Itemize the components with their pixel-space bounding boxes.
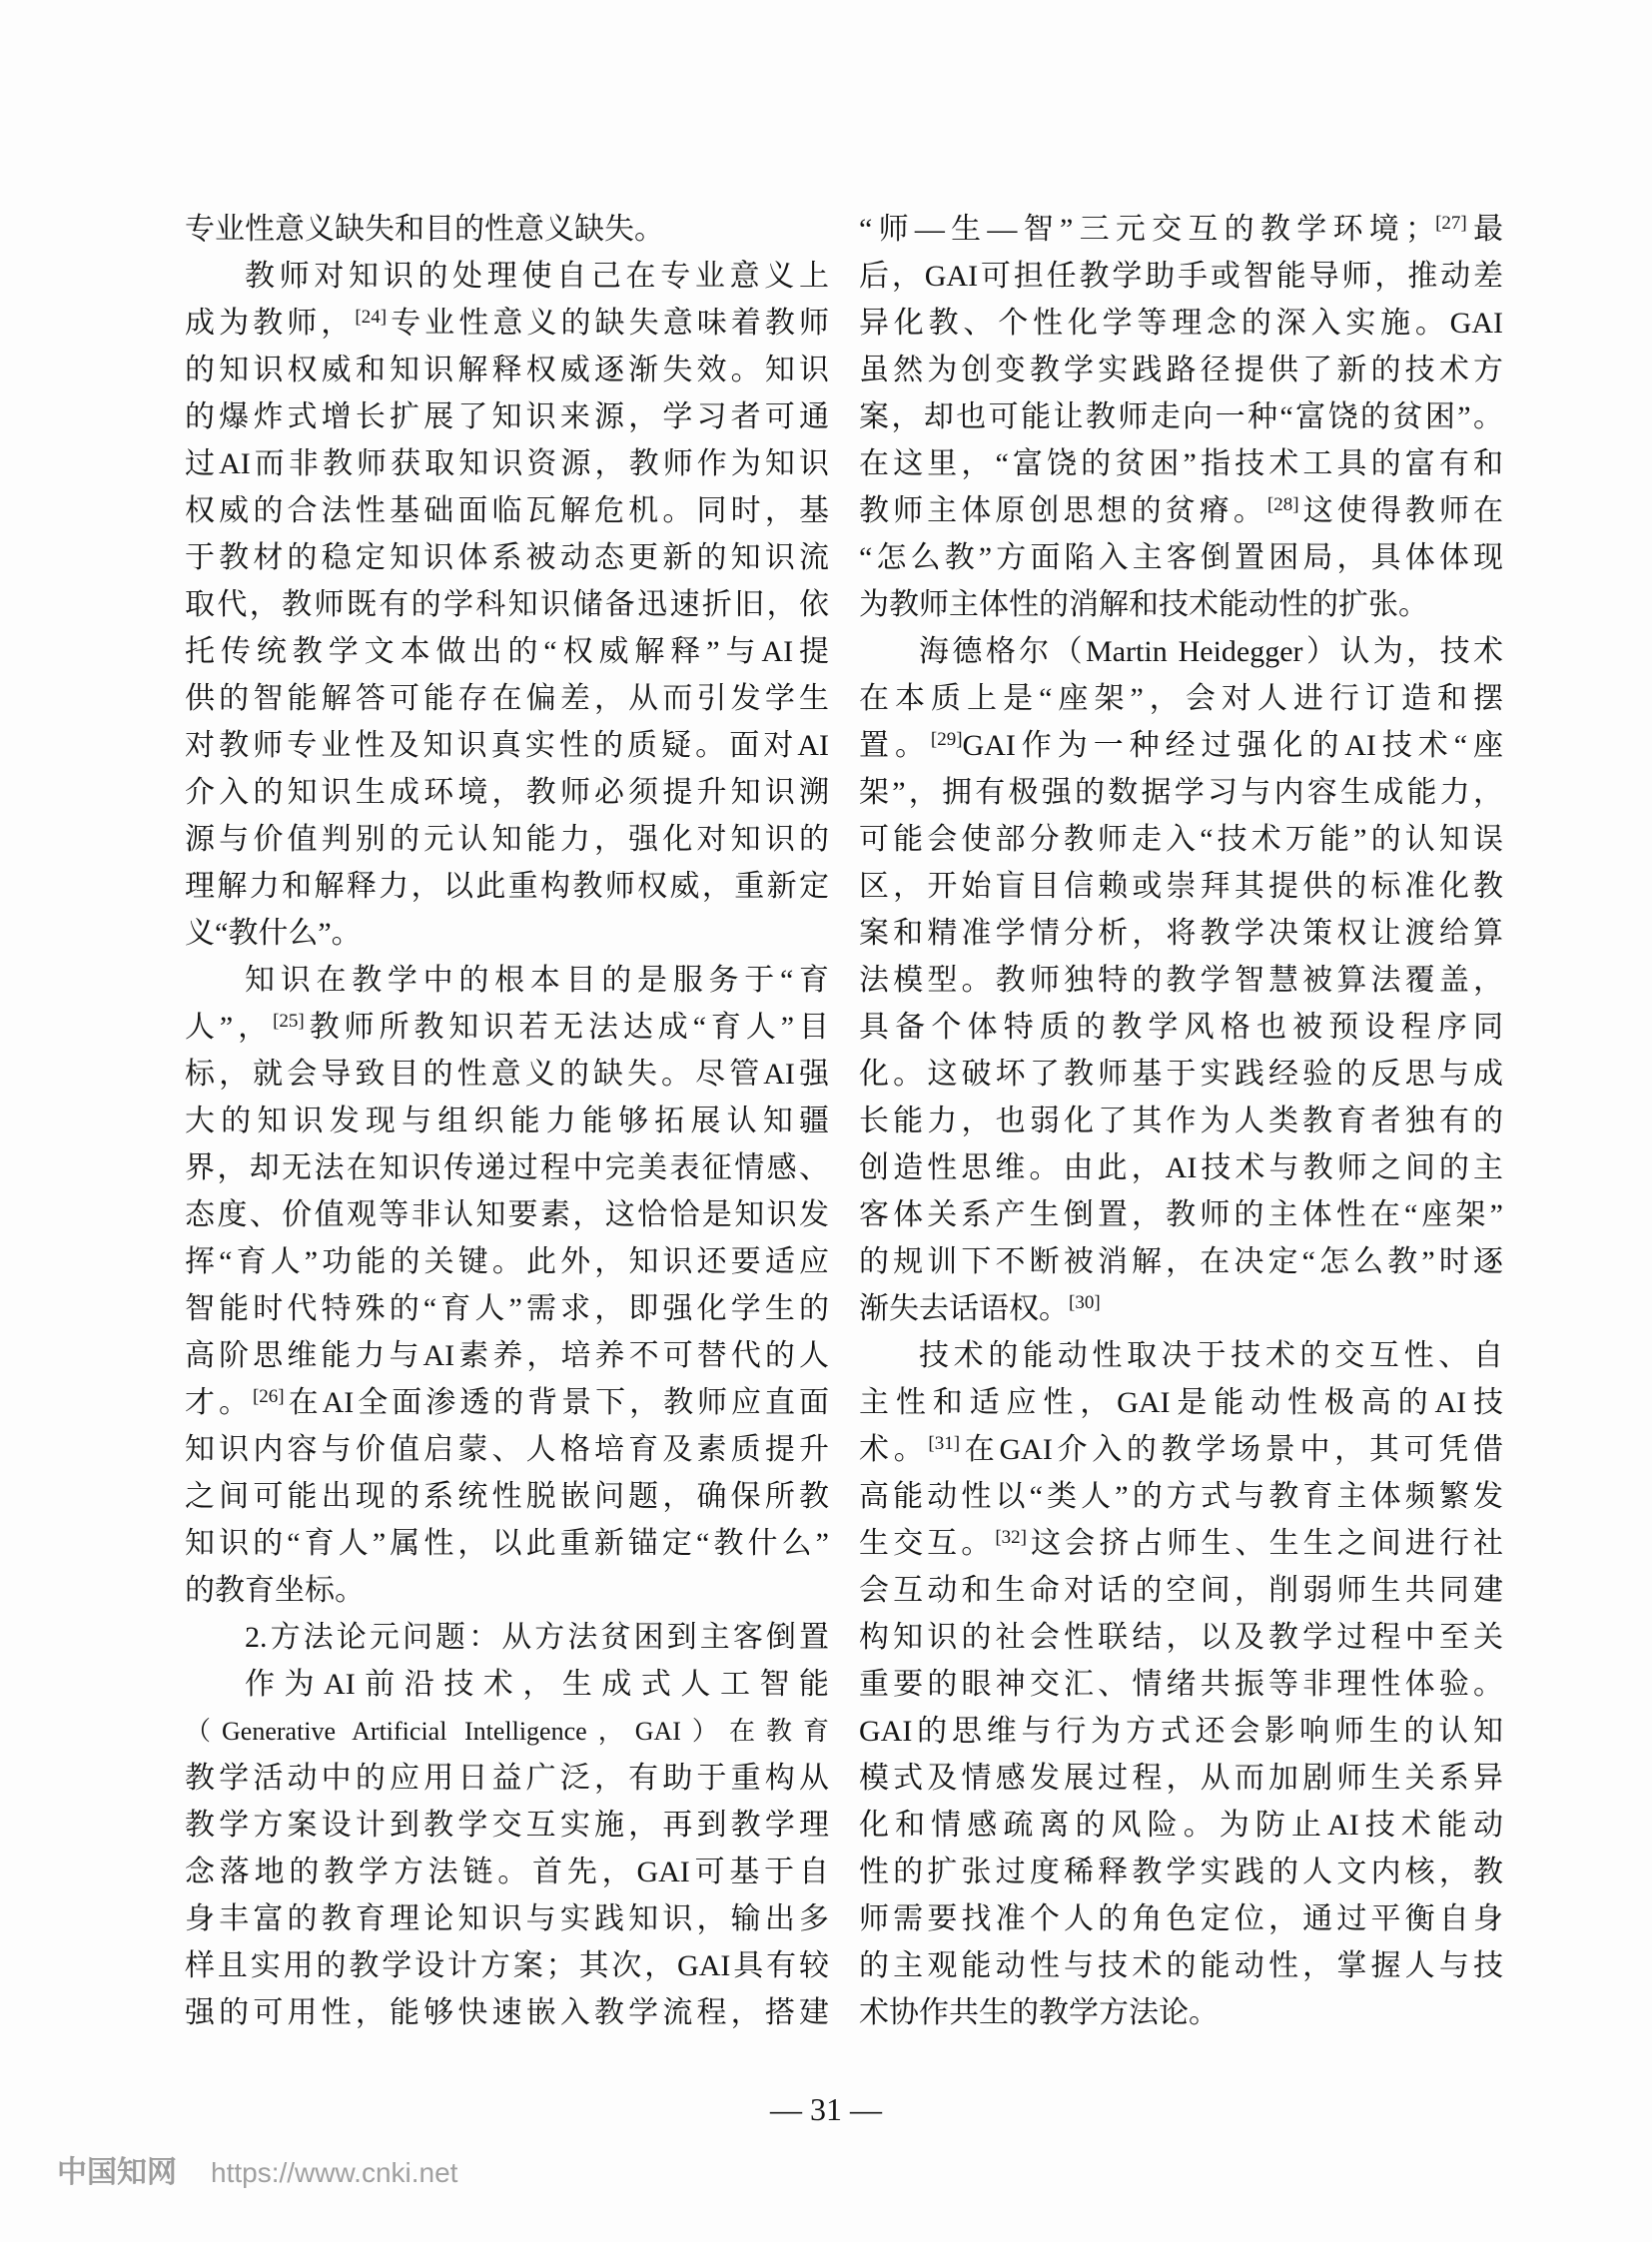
text-line: 海德格尔（Martin Heidegger）认为，技术	[859, 628, 1503, 675]
text-line: 模式及情感发展过程，从而加剧师生关系异	[859, 1755, 1503, 1802]
text-line: 区，开始盲目信赖或崇拜其提供的标准化教	[859, 863, 1503, 910]
text-line: 术协作共生的教学方法论。	[859, 1989, 1503, 2036]
text-line: 化和情感疏离的风险。为防止AI技术能动	[859, 1802, 1503, 1849]
text-line: 在这里，“富饶的贫困”指技术工具的富有和	[859, 440, 1503, 487]
text-line: 异化教、个性化学等理念的深入实施。GAI	[859, 300, 1503, 347]
text-line: 供的智能解答可能存在偏差，从而引发学生	[185, 675, 829, 722]
text-line: 介入的知识生成环境，教师必须提升知识溯	[185, 769, 829, 816]
text-line: 的爆炸式增长扩展了知识来源，学习者可通	[185, 393, 829, 440]
cnki-url: https://www.cnki.net	[211, 2157, 457, 2189]
text-line: 知识在教学中的根本目的是服务于“育	[185, 957, 829, 1004]
text-line: 权威的合法性基础面临瓦解危机。同时，基	[185, 487, 829, 534]
text-line: 才。[26]在AI全面渗透的背景下，教师应直面	[185, 1379, 829, 1426]
text-line: 念落地的教学方法链。首先，GAI可基于自	[185, 1849, 829, 1895]
document-page: 专业性意义缺失和目的性意义缺失。教师对知识的处理使自己在专业意义上成为教师，[2…	[0, 0, 1652, 2242]
text-line: 人”，[25]教师所教知识若无法达成“育人”目	[185, 1004, 829, 1051]
text-line: 样且实用的教学设计方案；其次，GAI具有较	[185, 1942, 829, 1989]
text-line: 会互动和生命对话的空间，削弱师生共同建	[859, 1567, 1503, 1614]
text-line: 理解力和解释力，以此重构教师权威，重新定	[185, 863, 829, 910]
cnki-watermark: 中国知网 https://www.cnki.net	[57, 2147, 457, 2191]
text-line: 作为AI前沿技术，生成式人工智能	[185, 1661, 829, 1708]
text-line: 高阶思维能力与AI素养，培养不可替代的人	[185, 1332, 829, 1379]
text-line: 的知识权威和知识解释权威逐渐失效。知识	[185, 347, 829, 393]
text-line: 案和精准学情分析，将教学决策权让渡给算	[859, 910, 1503, 957]
text-line: 为教师主体性的消解和技术能动性的扩张。	[859, 581, 1503, 628]
text-line: 之间可能出现的系统性脱嵌问题，确保所教	[185, 1473, 829, 1520]
left-column: 专业性意义缺失和目的性意义缺失。教师对知识的处理使自己在专业意义上成为教师，[2…	[185, 206, 829, 2036]
text-line: 源与价值判别的元认知能力，强化对知识的	[185, 816, 829, 863]
text-line: 渐失去话语权。[30]	[859, 1285, 1503, 1332]
text-line: 在本质上是“座架”，会对人进行订造和摆	[859, 675, 1503, 722]
text-line: 智能时代特殊的“育人”需求，即强化学生的	[185, 1285, 829, 1332]
text-line: 的主观能动性与技术的能动性，掌握人与技	[859, 1942, 1503, 1989]
text-line: 法模型。教师独特的教学智慧被算法覆盖，	[859, 957, 1503, 1004]
text-line: 界，却无法在知识传递过程中完美表征情感、	[185, 1144, 829, 1191]
text-line: 身丰富的教育理论知识与实践知识，输出多	[185, 1895, 829, 1942]
text-line: 生交互。[32]这会挤占师生、生生之间进行社	[859, 1520, 1503, 1567]
cnki-site-name: 中国知网	[57, 2147, 177, 2191]
text-line: 知识内容与价值启蒙、人格培育及素质提升	[185, 1426, 829, 1473]
text-line: 大的知识发现与组织能力能够拓展认知疆	[185, 1098, 829, 1144]
text-line: 主性和适应性，GAI是能动性极高的AI技	[859, 1379, 1503, 1426]
text-line: 后，GAI可担任教学助手或智能导师，推动差	[859, 253, 1503, 300]
text-line: 2.方法论元问题：从方法贫困到主客倒置	[185, 1614, 829, 1661]
text-line: 成为教师，[24]专业性意义的缺失意味着教师	[185, 300, 829, 347]
text-line: 客体关系产生倒置，教师的主体性在“座架”	[859, 1191, 1503, 1238]
text-line: 对教师专业性及知识真实性的质疑。面对AI	[185, 722, 829, 769]
text-line: 创造性思维。由此，AI技术与教师之间的主	[859, 1144, 1503, 1191]
text-line: 化。这破坏了教师基于实践经验的反思与成	[859, 1051, 1503, 1098]
text-line: “怎么教”方面陷入主客倒置困局，具体体现	[859, 534, 1503, 581]
text-line: 托传统教学文本做出的“权威解释”与AI提	[185, 628, 829, 675]
text-line: 性的扩张过度稀释教学实践的人文内核，教	[859, 1849, 1503, 1895]
text-line: 案，却也可能让教师走向一种“富饶的贫困”。	[859, 393, 1503, 440]
text-line: 教师主体原创思想的贫瘠。[28]这使得教师在	[859, 487, 1503, 534]
text-line: 知识的“育人”属性，以此重新锚定“教什么”	[185, 1520, 829, 1567]
text-line: 具备个体特质的教学风格也被预设程序同	[859, 1004, 1503, 1051]
right-column: “师—生—智”三元交互的教学环境；[27]最后，GAI可担任教学助手或智能导师，…	[859, 206, 1503, 2036]
text-line: 师需要找准个人的角色定位，通过平衡自身	[859, 1895, 1503, 1942]
text-line: 态度、价值观等非认知要素，这恰恰是知识发	[185, 1191, 829, 1238]
text-line: 教师对知识的处理使自己在专业意义上	[185, 253, 829, 300]
text-line: 标，就会导致目的性意义的缺失。尽管AI强	[185, 1051, 829, 1098]
text-line: 于教材的稳定知识体系被动态更新的知识流	[185, 534, 829, 581]
text-line: 可能会使部分教师走入“技术万能”的认知误	[859, 816, 1503, 863]
text-line: GAI的思维与行为方式还会影响师生的认知	[859, 1708, 1503, 1755]
text-line: 术。[31]在GAI介入的教学场景中，其可凭借	[859, 1426, 1503, 1473]
text-line: 重要的眼神交汇、情绪共振等非理性体验。	[859, 1661, 1503, 1708]
text-line: 取代，教师既有的学科知识储备迅速折旧，依	[185, 581, 829, 628]
text-line: 架”，拥有极强的数据学习与内容生成能力，	[859, 769, 1503, 816]
page-number: — 31 —	[0, 2091, 1652, 2128]
text-line: （Generative Artificial Intelligence，GAI）…	[185, 1708, 829, 1755]
text-line: 高能动性以“类人”的方式与教育主体频繁发	[859, 1473, 1503, 1520]
text-line: 技术的能动性取决于技术的交互性、自	[859, 1332, 1503, 1379]
text-line: 教学活动中的应用日益广泛，有助于重构从	[185, 1755, 829, 1802]
text-line: 挥“育人”功能的关键。此外，知识还要适应	[185, 1238, 829, 1285]
text-line: 强的可用性，能够快速嵌入教学流程，搭建	[185, 1989, 829, 2036]
text-line: 的教育坐标。	[185, 1567, 829, 1614]
text-line: 专业性意义缺失和目的性意义缺失。	[185, 206, 829, 253]
text-line: 过AI而非教师获取知识资源，教师作为知识	[185, 440, 829, 487]
text-line: 长能力，也弱化了其作为人类教育者独有的	[859, 1098, 1503, 1144]
text-line: 置。[29]GAI作为一种经过强化的AI技术“座	[859, 722, 1503, 769]
text-line: “师—生—智”三元交互的教学环境；[27]最	[859, 206, 1503, 253]
text-line: 虽然为创变教学实践路径提供了新的技术方	[859, 347, 1503, 393]
text-line: 构知识的社会性联结，以及教学过程中至关	[859, 1614, 1503, 1661]
text-columns: 专业性意义缺失和目的性意义缺失。教师对知识的处理使自己在专业意义上成为教师，[2…	[185, 206, 1503, 2036]
text-line: 教学方案设计到教学交互实施，再到教学理	[185, 1802, 829, 1849]
text-line: 义“教什么”。	[185, 910, 829, 957]
text-line: 的规训下不断被消解，在决定“怎么教”时逐	[859, 1238, 1503, 1285]
